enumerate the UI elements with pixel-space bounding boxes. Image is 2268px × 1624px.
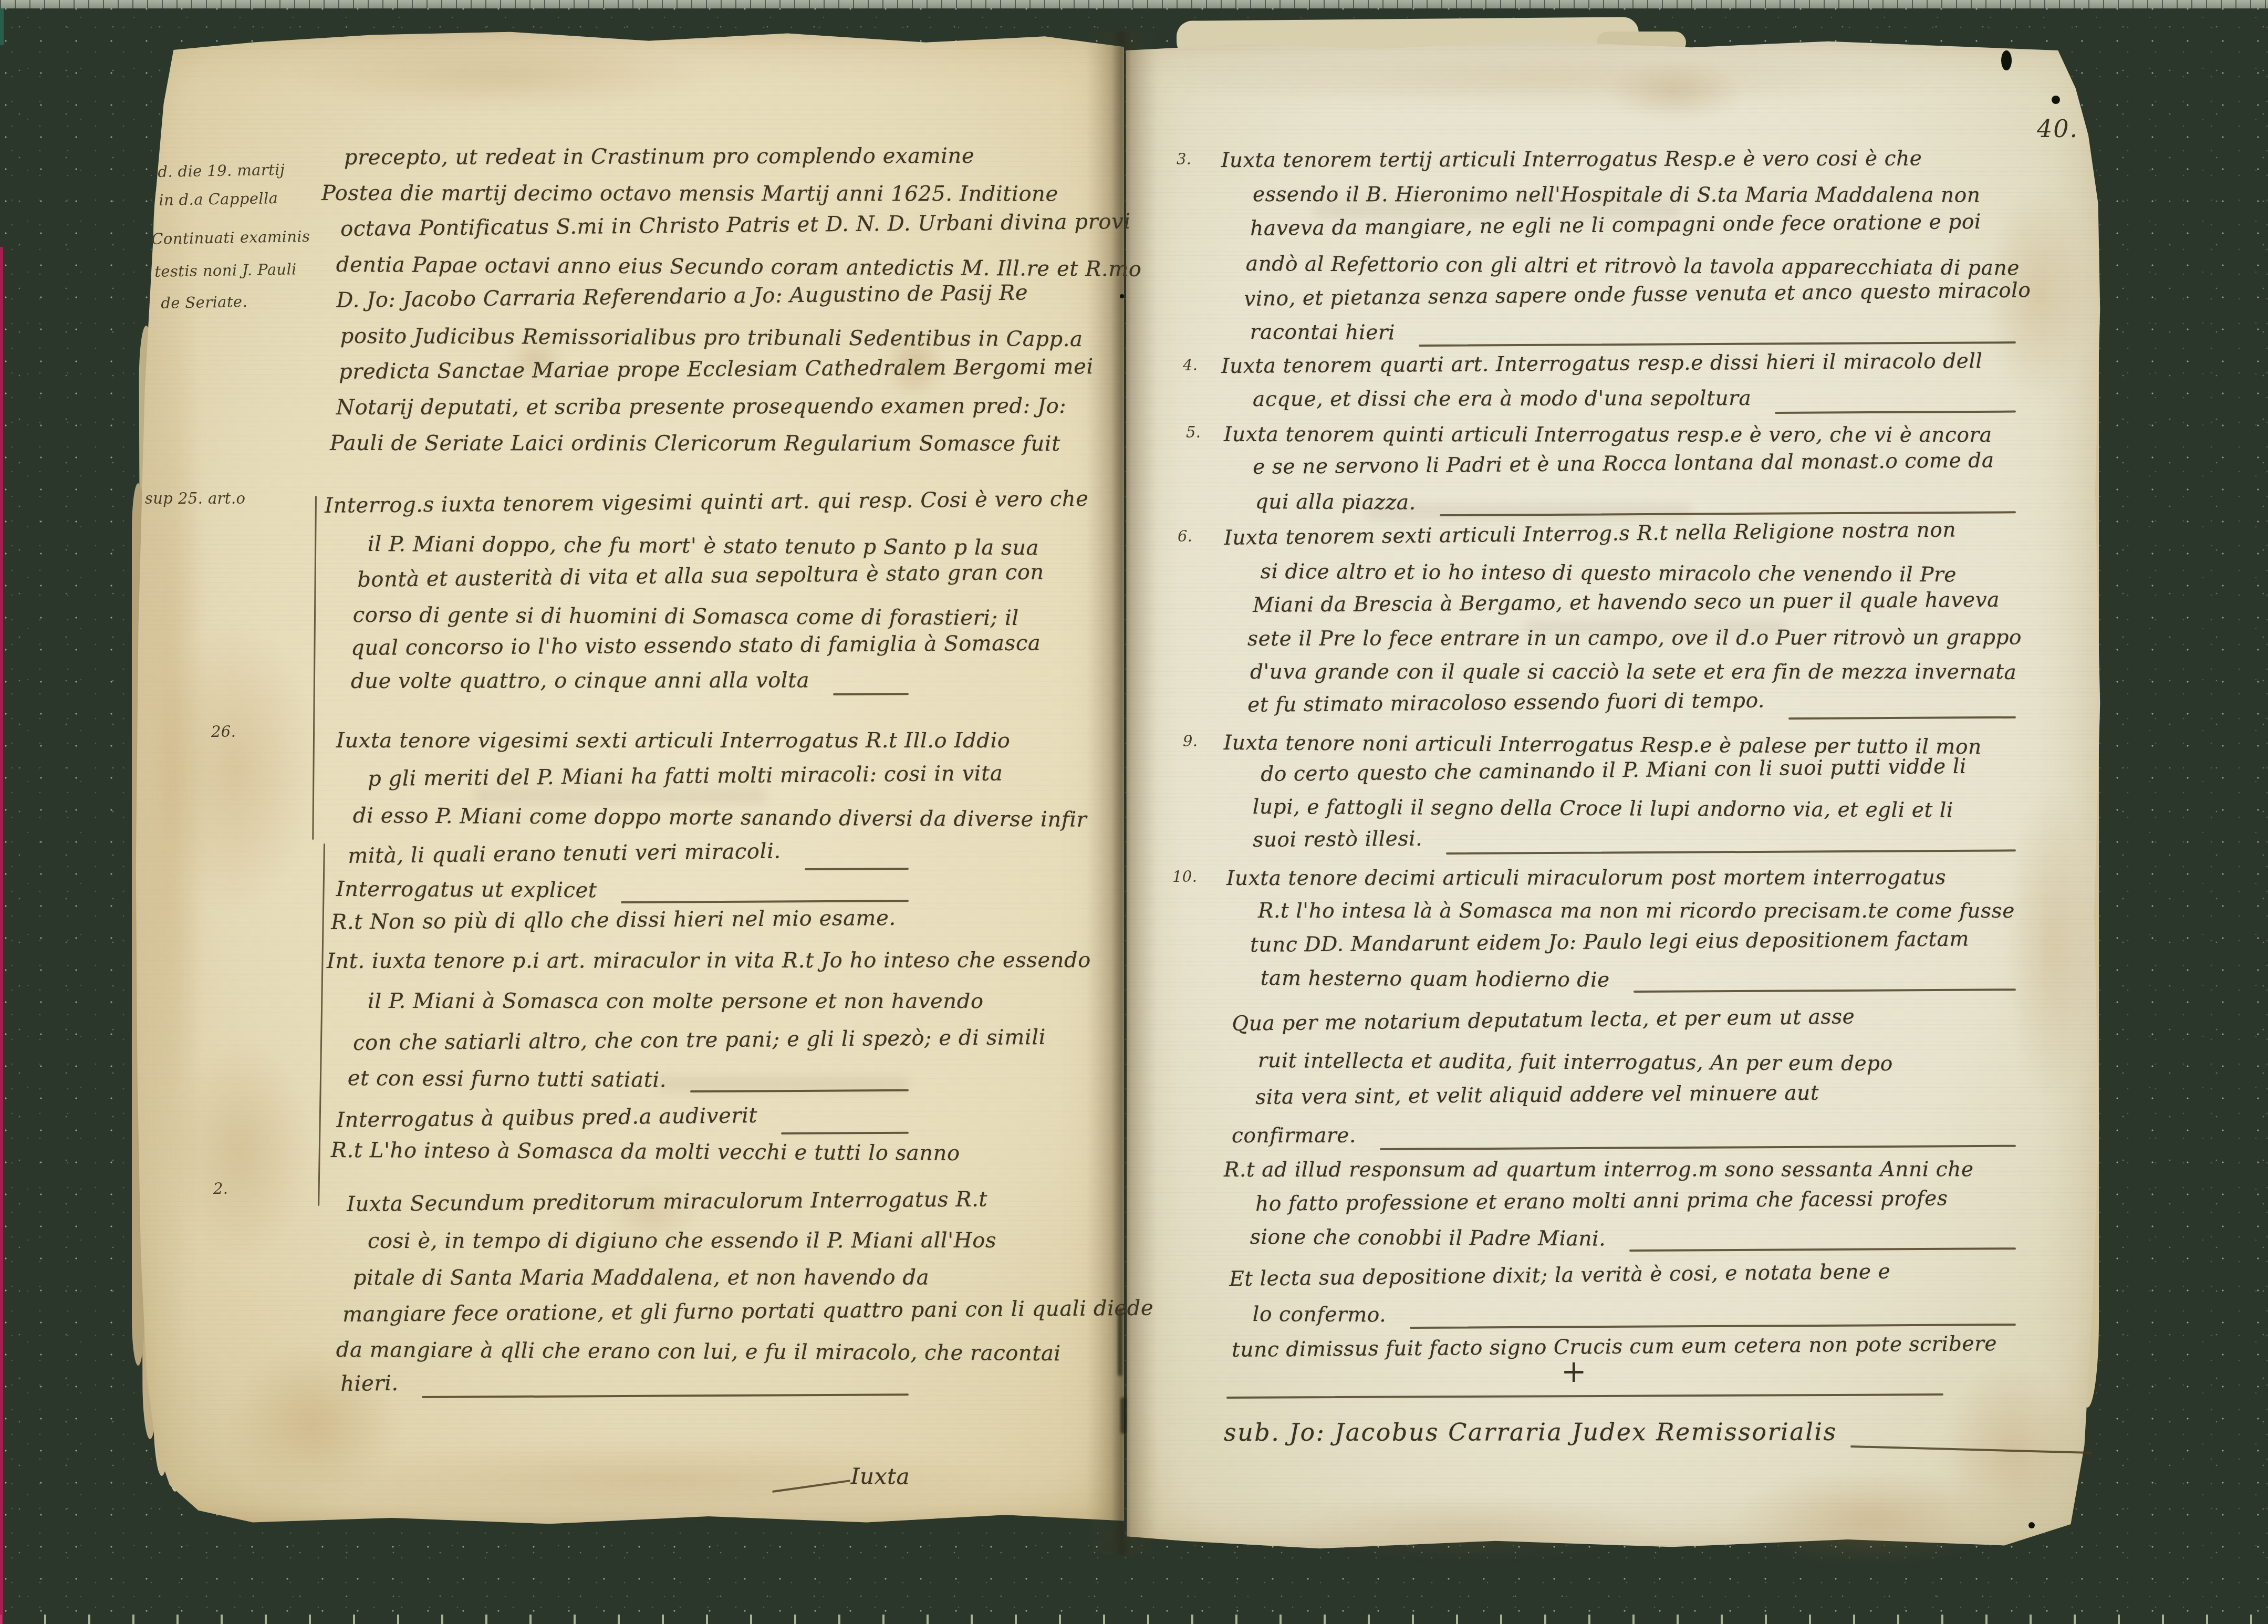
manuscript-line: Postea die martij decimo octavo mensis M… <box>321 181 1058 206</box>
manuscript-line: acque, et dissi che era à modo d'una sep… <box>1253 387 1751 411</box>
margin-article-number: 3. <box>1177 150 1191 168</box>
margin-session-note: de Seriate. <box>161 293 247 312</box>
manuscript-line: Pauli de Seriate Laici ordinis Clericoru… <box>330 431 1060 456</box>
paper-stain <box>226 1345 399 1502</box>
flourish-rule <box>805 868 909 870</box>
manuscript-line: precepto, ut redeat in Crastinum pro com… <box>344 144 974 170</box>
paper-stain <box>1733 1471 2006 1565</box>
manuscript-line: qual concorso io l'ho visto essendo stat… <box>351 631 1041 660</box>
manuscript-line: il P. Miani doppo, che fu mort' è stato … <box>368 532 1039 560</box>
manuscript-line: bontà et austerità di vita et alla sua s… <box>357 560 1044 592</box>
manuscript-line: Iuxta tenorem quarti art. Interrogatus r… <box>1221 349 1983 378</box>
flourish-rule <box>1788 716 2016 720</box>
catchword: Iuxta <box>851 1463 910 1490</box>
flourish-rule <box>690 1089 909 1092</box>
manuscript-line: dentia Papae octavi anno eius Secundo co… <box>336 253 1142 282</box>
manuscript-line: mangiare fece oratione, et gli furno por… <box>342 1296 1153 1327</box>
margin-article-number: 6. <box>1178 527 1192 545</box>
paper-hole-spot <box>2052 96 2060 104</box>
manuscript-line: haveva da mangiare, ne egli ne li compag… <box>1250 210 1981 241</box>
paper-stain <box>134 168 207 1366</box>
manuscript-line: R.t L'ho inteso à Somasca da molti vecch… <box>331 1138 960 1165</box>
flourish-rule <box>1440 511 2016 516</box>
manuscript-line: di esso P. Miani come doppo morte sanand… <box>353 804 1087 832</box>
manuscript-line: suoi restò illesi. <box>1253 827 1422 852</box>
flourish-rule <box>772 1480 850 1493</box>
manuscript-line: Iuxta tenore decimi articuli miraculorum… <box>1226 866 1946 890</box>
margin-session-note: d. die 19. martij <box>158 161 285 181</box>
manuscript-line: Notarij deputati, et scriba presente pro… <box>336 394 1066 420</box>
signum-crucis-mark: + <box>1561 1354 1587 1389</box>
manuscript-line: confirmare. <box>1232 1124 1356 1148</box>
show-through-ghost <box>473 788 767 804</box>
handwritten-text-layer: precepto, ut redeat in Crastinum pro com… <box>0 0 2268 1624</box>
manuscript-line: vino, et pietanza senza sapere onde fuss… <box>1244 278 2031 311</box>
margin-session-note: in d.a Cappella <box>159 189 278 209</box>
manuscript-line: octava Pontificatus S.mi in Christo Patr… <box>340 210 1131 241</box>
flourish-rule <box>1634 988 2016 993</box>
paper-stain <box>1156 47 1943 110</box>
manuscript-line: da mangiare à qlli che erano con lui, e … <box>336 1338 1061 1366</box>
paper-hole-spot <box>1120 294 1124 298</box>
manuscript-line: Iuxta tenorem quinti articuli Interrogat… <box>1224 423 1992 447</box>
manuscript-line: ruit intellecta et audita, fuit interrog… <box>1258 1049 1893 1076</box>
manuscript-line: Int. iuxta tenore p.i art. miraculor in … <box>327 948 1091 973</box>
manuscript-line: Qua per me notarium deputatum lecta, et … <box>1232 1005 1855 1036</box>
manuscript-line: Interrogatus ut explicet <box>336 877 597 902</box>
margin-article-number: 10. <box>1172 868 1197 886</box>
manuscript-line: sione che conobbi il Padre Miani. <box>1250 1225 1606 1251</box>
flourish-rule <box>1850 1445 2092 1454</box>
flourish-rule <box>833 693 909 695</box>
manuscript-line: racontai hieri <box>1250 320 1396 345</box>
manuscript-line: R.t Non so più di qllo che dissi hieri n… <box>331 906 896 934</box>
manuscript-line: et fu stimato miracoloso essendo fuori d… <box>1247 689 1765 717</box>
manuscript-line: Interrog.s iuxta tenorem vigesimi quinti… <box>325 487 1089 518</box>
manuscript-line: Interrogatus à quibus pred.a audiverit <box>336 1104 757 1132</box>
manuscript-line: p gli meriti del P. Miani ha fatti molti… <box>368 761 1003 791</box>
paper-stain <box>158 620 315 914</box>
manuscript-line: con che satiarli altro, che con tre pani… <box>353 1025 1046 1055</box>
paper-hole-spot <box>2028 1522 2035 1528</box>
manuscript-line: due volte quattro, o cinque anni alla vo… <box>351 668 809 693</box>
paper-stain <box>2006 788 2096 1103</box>
manuscript-line: mità, li quali erano tenuti veri miracol… <box>348 839 781 868</box>
manuscript-line: pitale di Santa Maria Maddalena, et non … <box>353 1265 929 1290</box>
manuscript-line: R.t l'ho intesa là à Somasca ma non mi r… <box>1258 899 2015 923</box>
manuscript-line: sita vera sint, et velit aliquid addere … <box>1255 1081 1819 1109</box>
paper-stain <box>294 39 714 113</box>
manuscript-line: Iuxta tenore noni articuli Interrogatus … <box>1224 731 1982 759</box>
manuscript-line: essendo il B. Hieronimo nell'Hospitale d… <box>1253 183 1981 207</box>
paper-stain <box>1287 1497 1655 1560</box>
manuscript-line: Iuxta Secundum preditorum miraculorum In… <box>347 1187 987 1216</box>
manuscript-line: lo confermo. <box>1253 1303 1387 1327</box>
margin-article-number: 9. <box>1183 732 1198 750</box>
manuscript-line: R.t ad illud responsum ad quartum interr… <box>1224 1158 1974 1182</box>
manuscript-line: si dice altro et io ho inteso di questo … <box>1261 560 1957 587</box>
paper-stain <box>1607 63 1744 121</box>
manuscript-line: corso di gente si di huomini di Somasca … <box>353 603 1019 630</box>
manuscript-line: D. Jo: Jacobo Carraria Referendario a Jo… <box>336 280 1028 313</box>
flourish-rule <box>1629 1247 2016 1252</box>
flourish-rule <box>1410 1324 2016 1329</box>
paper-stain <box>173 1040 310 1261</box>
manuscript-line: Iuxta tenorem sexti articuli Interrog.s … <box>1224 518 1956 550</box>
manuscript-line: posito Judicibus Remissorialibus pro tri… <box>340 324 1083 351</box>
flourish-rule <box>621 900 909 903</box>
margin-article-number: 26. <box>211 723 236 741</box>
flourish-rule <box>422 1393 909 1398</box>
flourish-rule <box>1775 411 2016 414</box>
margin-article-number: 2. <box>213 1180 228 1198</box>
manuscript-line: Et lecta sua depositione dixit; la verit… <box>1229 1260 1891 1291</box>
manuscript-line: d'uva grande con il quale si cacciò la s… <box>1250 660 2016 684</box>
margin-article-number: 4. <box>1183 356 1198 374</box>
manuscript-line: et con essi furno tutti satiati. <box>348 1066 667 1092</box>
manuscript-line: e se ne servono li Padri et è una Rocca … <box>1253 449 1994 479</box>
margin-session-note: testis noni J. Pauli <box>154 260 297 280</box>
manuscript-line: il P. Miani à Somasca con molte persone … <box>368 989 984 1013</box>
manuscript-line: andò al Refettorio con gli altri et ritr… <box>1246 252 2020 280</box>
manuscript-line: sete il Pre lo fece entrare in un campo,… <box>1247 626 2022 651</box>
margin-article-number: 5. <box>1186 423 1201 441</box>
manuscript-line: ho fatto professione et erano molti anni… <box>1255 1186 1948 1216</box>
flourish-rule <box>781 1132 909 1134</box>
manuscript-line: qui alla piazza. <box>1255 490 1416 515</box>
manuscript-line: hieri. <box>340 1371 399 1396</box>
flourish-rule <box>1226 1393 1943 1399</box>
manuscript-line: tunc dimissus fuit facto signo Crucis cu… <box>1232 1332 1997 1362</box>
flourish-rule <box>1419 341 2016 347</box>
manuscript-line: predicta Sanctae Mariae prope Ecclesiam … <box>339 355 1094 384</box>
margin-session-note: Continuati examinis <box>151 227 310 248</box>
manuscript-line: Miani da Brescia à Bergamo, et havendo s… <box>1253 588 2000 617</box>
judge-signature-line: sub. Jo: Jacobus Carraria Judex Remissor… <box>1224 1418 1837 1446</box>
manuscript-line: Iuxta tenorem tertij articuli Interrogat… <box>1221 147 1922 172</box>
paper-hole-spot <box>2001 50 2012 70</box>
flourish-rule <box>1380 1145 2016 1150</box>
manuscript-scan: 40. precepto, ut redeat in Crastinum pro… <box>0 0 2268 1624</box>
flourish-rule <box>1446 849 2016 855</box>
margin-article-number: sup 25. art.o <box>145 490 245 507</box>
manuscript-line: Iuxta tenore vigesimi sexti articuli Int… <box>336 728 1011 753</box>
manuscript-line: tam hesterno quam hodierno die <box>1261 966 1610 992</box>
manuscript-line: tunc DD. Mandarunt eidem Jo: Paulo legi … <box>1250 928 1969 957</box>
manuscript-line: cosi è, in tempo di digiuno che essendo … <box>368 1229 996 1253</box>
manuscript-line: lupi, e fattogli il segno della Croce li… <box>1253 795 1953 823</box>
manuscript-line: do certo questo che caminando il P. Mian… <box>1261 755 1967 786</box>
